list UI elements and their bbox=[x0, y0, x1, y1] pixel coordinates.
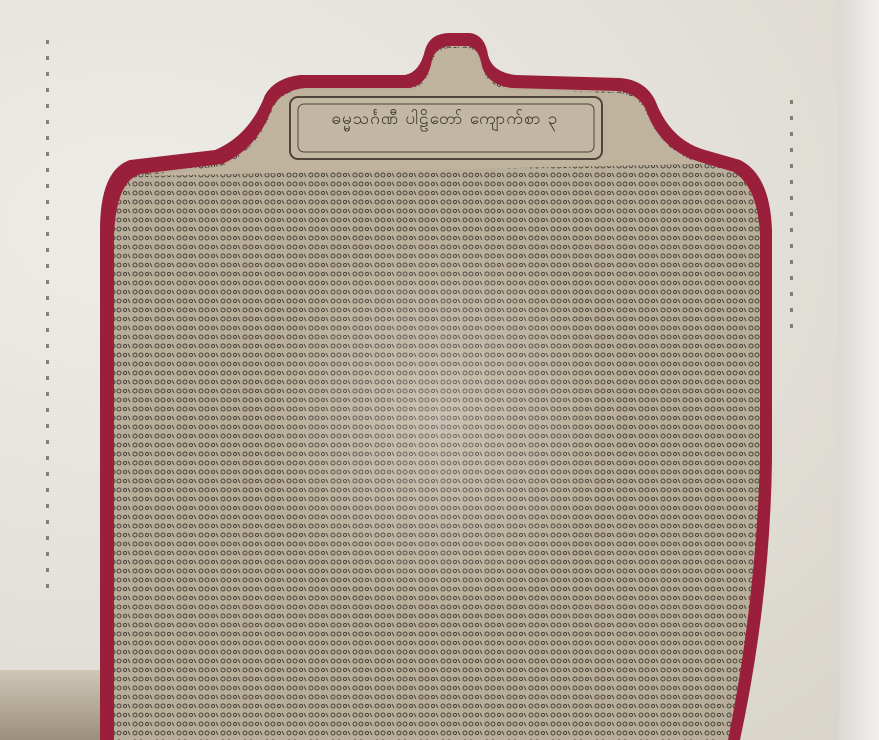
inscription-title: ဓမ္မသင်္ဂဏီ ပါဠိတော် ကျောက်စာ ၃ bbox=[300, 108, 590, 133]
